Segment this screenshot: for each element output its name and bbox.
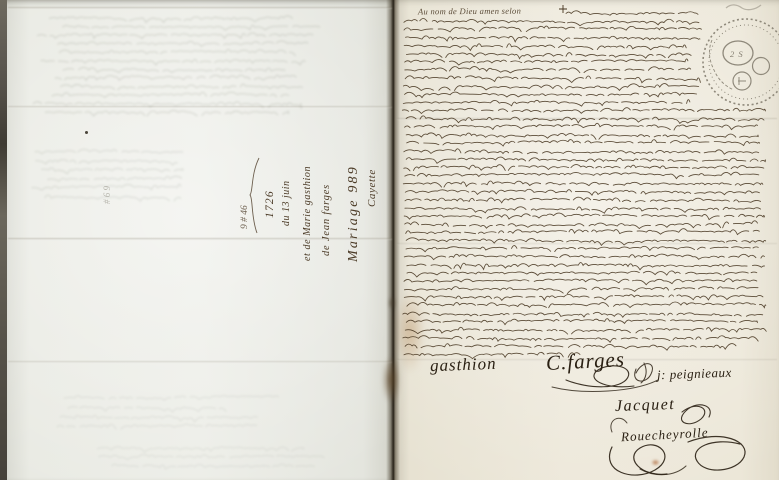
handwriting-stroke [688,436,745,470]
handwriting-stroke [405,207,761,213]
handwriting-stroke [566,11,698,15]
handwriting-stroke [112,464,315,469]
handwriting-stroke [42,168,184,174]
handwriting-stroke [403,100,690,106]
pencil-scribble [726,5,761,10]
handwriting-stroke [403,181,763,187]
handwriting-stroke [58,41,308,46]
handwriting-stroke [405,67,691,73]
handwriting-stroke [404,213,764,220]
handwriting-stroke [405,59,688,65]
vertical-note-date: du 13 juin [281,180,292,226]
manuscript-scan: 2 S Au nom de Dieu amen selon Cayette Ma… [0,0,779,480]
handwriting-stroke [405,221,758,229]
handwriting-stroke [404,294,763,301]
handwriting-stroke [50,16,293,23]
handwriting-stroke [48,176,182,181]
stamp-cross-icon [738,77,746,85]
handwriting-stroke [406,229,760,235]
handwriting-stroke [57,424,257,429]
cursive-text-lines [402,11,766,359]
handwriting-stroke [403,312,763,317]
handwriting-stroke [406,319,757,325]
handwriting-stroke [404,44,686,51]
handwriting-stroke [406,116,764,124]
handwriting-stroke [97,447,303,452]
annotation-brace [250,158,259,233]
handwriting-stroke [405,189,759,195]
handwriting-stroke [55,75,296,80]
handwriting-stroke [405,327,766,334]
handwriting-stroke [407,140,760,146]
handwriting-stroke [60,416,257,422]
signature-gasthion: gasthion [430,354,497,376]
handwriting-stroke [407,271,757,277]
handwriting-stroke [35,149,183,153]
handwriting-stroke [405,123,758,130]
signature-peignieaux: j: peignieaux [657,365,732,384]
handwriting-stroke [45,110,288,115]
handwriting-stroke [406,157,765,163]
vertical-note-label: Cayette [366,169,378,207]
handwriting-stroke [41,59,305,64]
faint-archival-mark: # 6 9 [102,186,112,204]
opening-line: Au nom de Dieu amen selon [418,6,521,17]
vertical-note-record: Mariage 989 [346,165,362,262]
handwriting-stroke [404,26,702,32]
handwriting-stroke [404,165,764,171]
cross-icon [559,5,567,13]
archival-mark: 9 # 46 [240,205,250,229]
handwriting-stroke [406,133,758,140]
handwriting-stroke [403,84,698,91]
handwriting-stroke [45,195,181,201]
handwriting-stroke [68,407,226,412]
handwriting-stroke [610,445,667,475]
handwriting-stroke [63,67,284,72]
tax-stamp: 2 S [703,19,779,105]
handwriting-stroke [33,102,301,109]
handwriting-stroke [404,149,759,154]
handwriting-stroke [405,172,759,178]
handwriting-stroke [406,238,766,246]
handwriting-stroke [61,84,303,90]
handwriting-stroke [405,92,697,98]
signature-jacquet: Jacquet [615,396,676,416]
handwriting-stroke [406,246,758,252]
handwriting-stroke [407,302,766,308]
vertical-note-groom: de Jean farges [321,184,332,256]
handwriting-stroke [403,336,758,343]
handwriting-stroke [406,36,700,42]
handwriting-stroke [405,76,700,83]
handwriting-stroke [404,287,758,294]
handwriting-stroke [36,160,178,165]
handwriting-stroke [404,254,764,260]
stamp-denomination: 2 S [730,49,744,59]
vertical-note-bride: et de Marie gasthion [302,166,313,261]
handwriting-stroke [63,25,320,30]
handwriting-stroke [681,405,710,424]
handwriting-stroke [59,49,295,55]
handwriting-stroke [407,263,765,270]
handwriting-stroke [406,53,691,59]
handwriting-stroke [404,279,757,285]
handwriting-stroke [52,92,289,97]
signature-farges: C.farges [545,347,625,376]
handwriting-stroke [38,33,314,38]
handwriting-stroke [635,363,653,383]
handwriting-stroke [405,197,761,203]
handwriting-stroke [64,396,278,401]
handwriting-stroke [404,18,699,25]
handwriting-stroke [99,455,325,460]
handwriting-stroke [402,108,765,114]
bleed-through-text [32,16,324,469]
vertical-note-year: 1726 [264,190,276,218]
